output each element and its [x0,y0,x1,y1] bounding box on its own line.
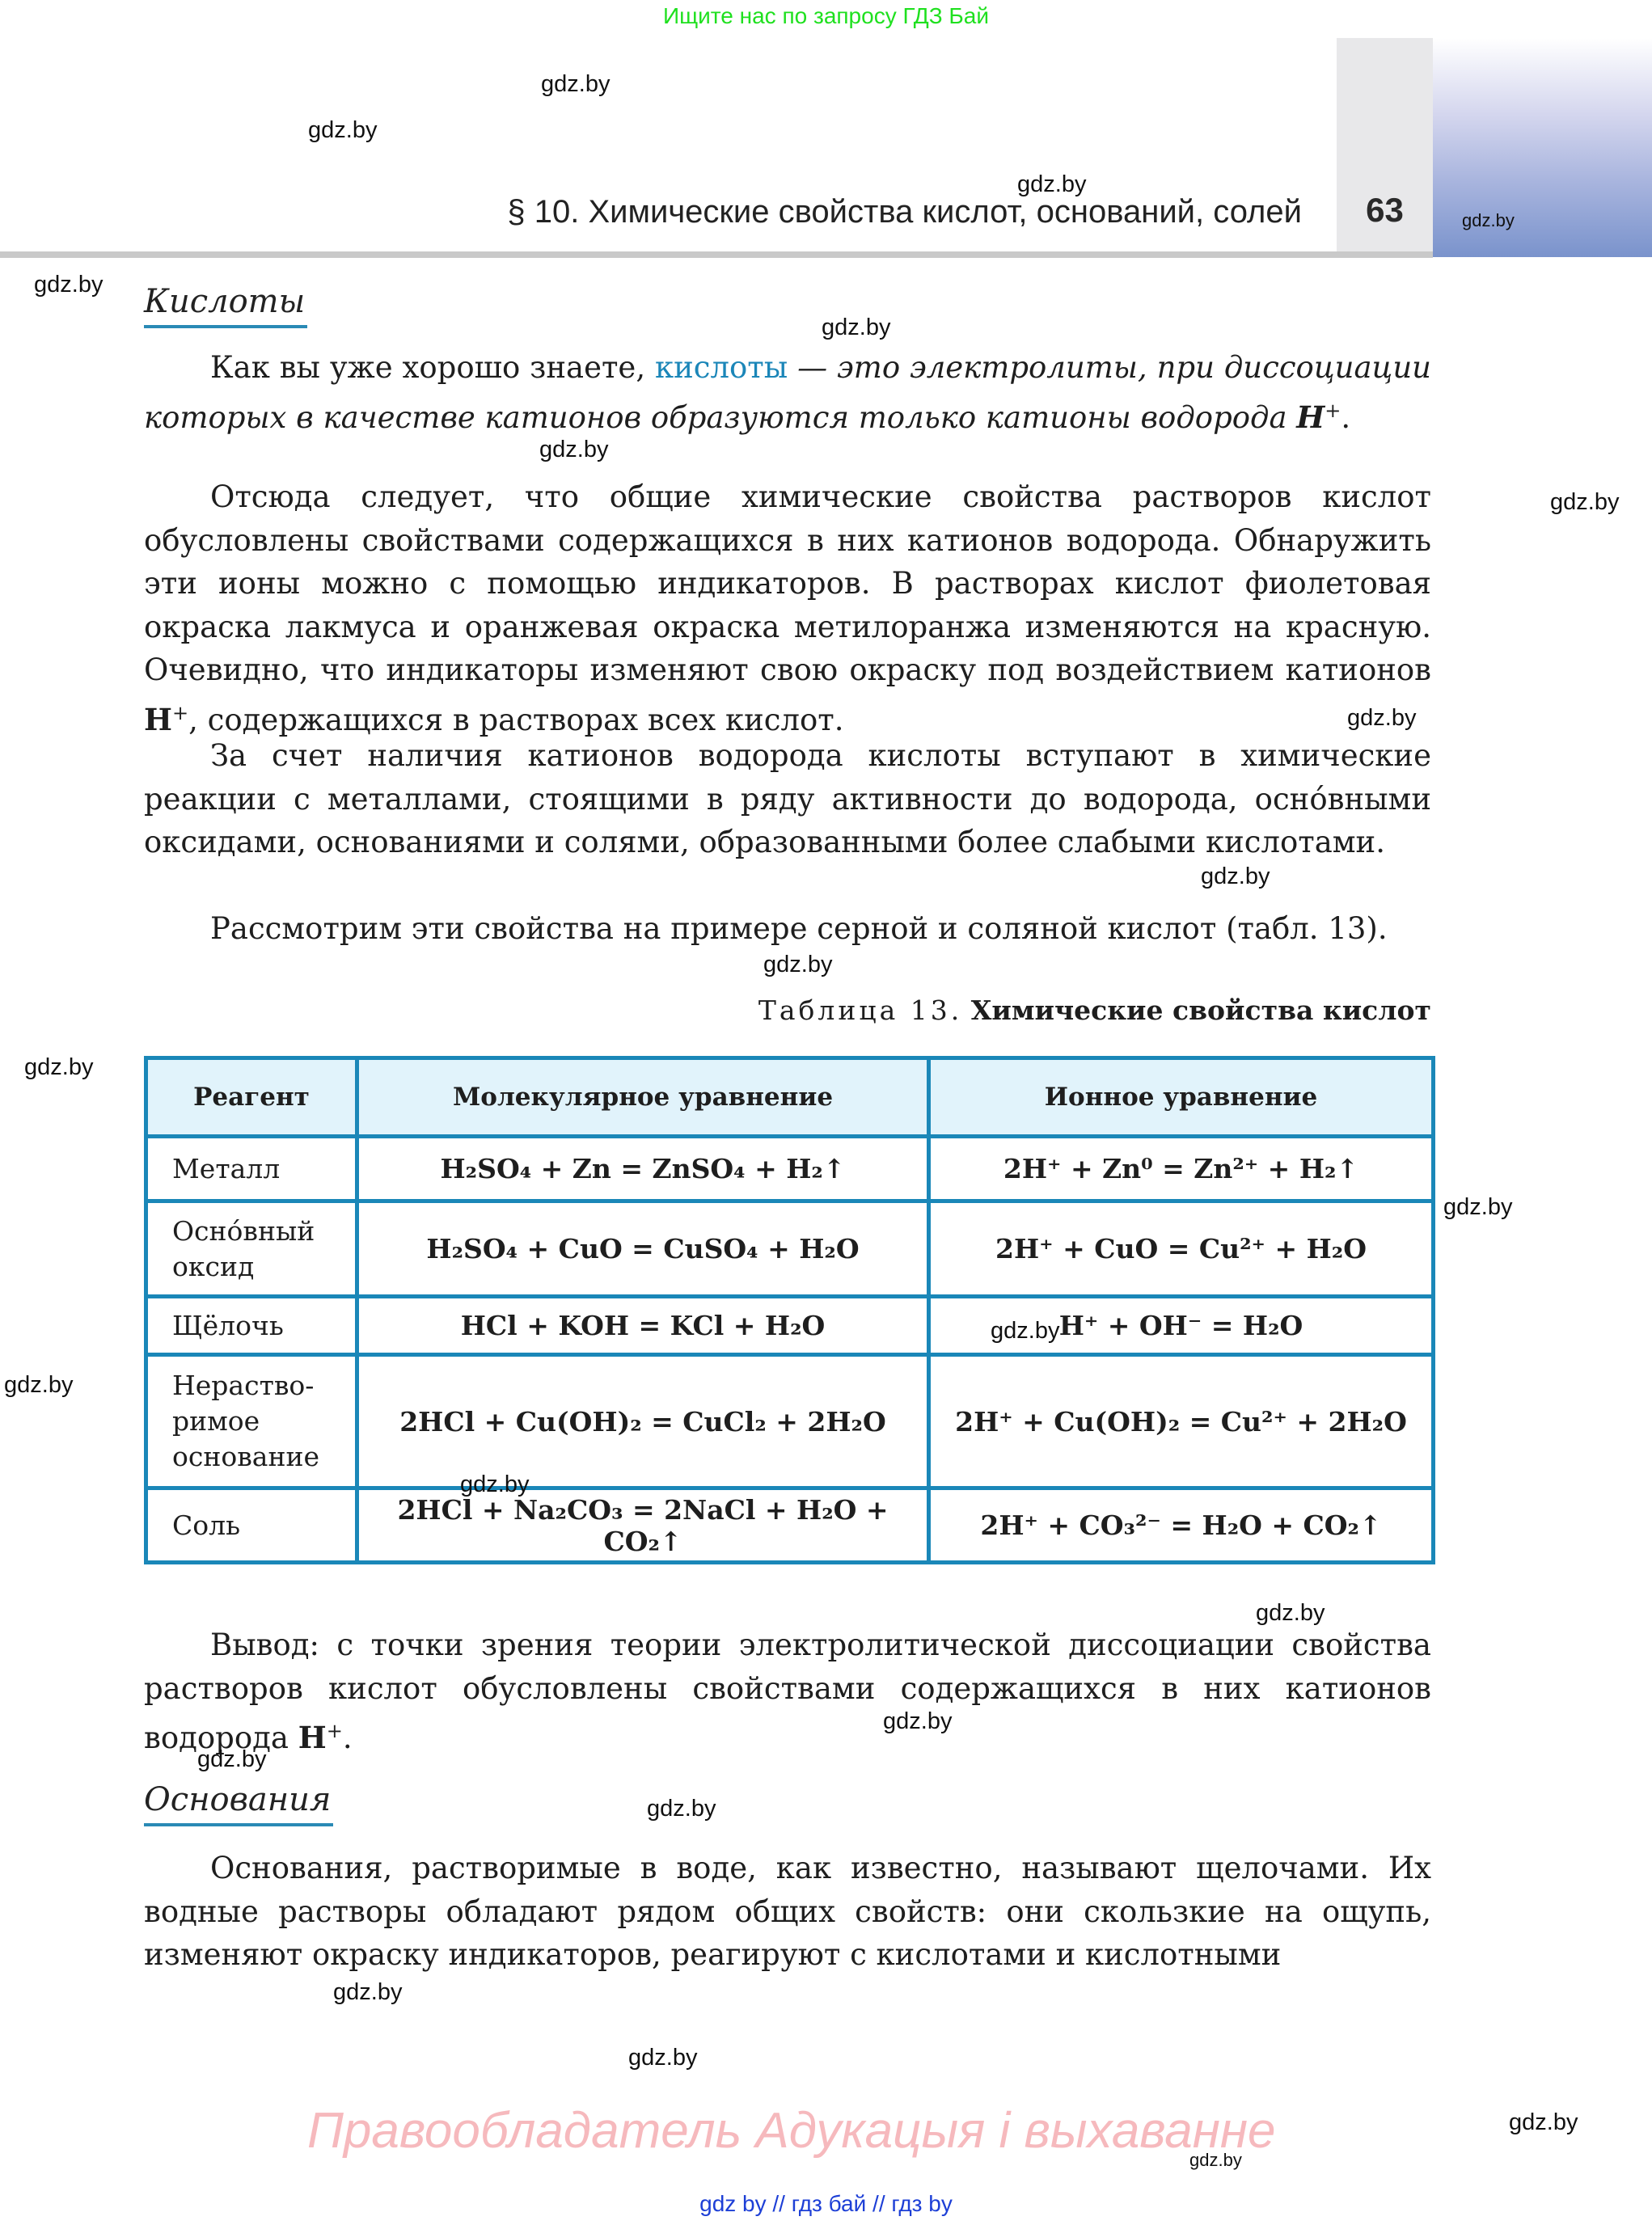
watermark: gdz.by [24,1054,93,1081]
watermark: gdz.by [1017,171,1086,198]
text: Отсюда следует, что общие химические сво… [144,479,1431,687]
ion-symbol: H [1296,399,1325,435]
copyright-notice: Правообладатель Адукацыя і выхаванне [307,2102,1276,2160]
table-row: Соль 2HCl + Na₂CO₃ = 2NaCl + H₂O + CO₂↑ … [146,1488,1434,1563]
ionic-equation: 2H⁺ + CO₃²⁻ = H₂O + CO₂↑ [929,1488,1434,1563]
watermark: gdz.by [34,272,103,298]
ion-charge: + [1325,399,1341,422]
watermark: gdz.by [460,1471,529,1498]
ion-charge: + [172,702,188,724]
ion-symbol: H [298,1720,327,1755]
text: Как вы уже хорошо знаете, [210,350,655,385]
watermark: gdz.by [539,437,608,463]
watermark: gdz.by [1201,863,1270,890]
reagent-cell: Соль [146,1488,357,1563]
ionic-equation: 2H⁺ + CuO = Cu²⁺ + H₂O [929,1201,1434,1297]
watermark: gdz.by [4,1372,73,1399]
text: . [343,1720,353,1755]
molecular-equation: H₂SO₄ + CuO = CuSO₄ + H₂O [357,1201,929,1297]
reagent-cell: Осно́вный оксид [146,1201,357,1297]
page-number: 63 [1337,191,1433,230]
watermark: gdz.by [308,117,377,144]
watermark: gdz.by [647,1796,716,1822]
table-row: Металл H₂SO₄ + Zn = ZnSO₄ + H₂↑ 2H⁺ + Zn… [146,1137,1434,1201]
caption-title: Химические свойства кислот [971,994,1431,1026]
paragraph-bases: Основания, растворимые в воде, как извес… [144,1847,1431,1977]
watermark: gdz.by [1443,1194,1512,1221]
paragraph-acid-definition: Как вы уже хорошо знаете, кислоты — это … [144,346,1431,439]
footer-links[interactable]: gdz by // гдз бай // гдз by [0,2191,1652,2217]
column-header-reagent: Реагент [146,1058,357,1137]
paragraph-table-ref: Рассмотрим эти свойства на примере серно… [144,907,1431,951]
molecular-equation: H₂SO₄ + Zn = ZnSO₄ + H₂↑ [357,1137,929,1201]
reagent-cell: Металл [146,1137,357,1201]
ionic-equation: 2H⁺ + Zn⁰ = Zn²⁺ + H₂↑ [929,1137,1434,1201]
reagent-cell: Щёлочь [146,1297,357,1355]
header-rule [0,251,1433,258]
running-title: § 10. Химические свойства кислот, основа… [453,194,1302,230]
watermark: gdz.by [1462,210,1515,231]
watermark: gdz.by [991,1318,1059,1345]
watermark: gdz.by [628,2045,697,2071]
text: . [1341,400,1350,435]
table-row: Щёлочь HCl + KOH = KCl + H₂O H⁺ + OH⁻ = … [146,1297,1434,1355]
molecular-equation: 2HCl + Cu(OH)₂ = CuCl₂ + 2H₂O [357,1355,929,1488]
watermark: gdz.by [1509,2109,1578,2136]
section-underline [144,1823,333,1826]
watermark: gdz.by [883,1708,952,1735]
column-header-ionic: Ионное уравнение [929,1058,1434,1137]
section-underline [144,325,307,328]
column-header-molecular: Молекулярное уравнение [357,1058,929,1137]
paragraph-reactions: За счет наличия катионов водорода кислот… [144,734,1431,864]
text: , содержащихся в растворах всех кислот. [188,703,843,737]
section-heading-bases: Основания [144,1781,331,1818]
watermark: gdz.by [822,315,890,341]
watermark: gdz.by [1256,1600,1325,1627]
molecular-equation: 2HCl + Na₂CO₃ = 2NaCl + H₂O + CO₂↑ [357,1488,929,1563]
search-banner[interactable]: Ищите нас по запросу ГДЗ Бай [0,3,1652,29]
molecular-equation: HCl + KOH = KCl + H₂O [357,1297,929,1355]
reagent-cell: Нераство-римое основание [146,1355,357,1488]
table-caption: Таблица 13. Химические свойства кислот [144,994,1431,1026]
paragraph-indicators: Отсюда следует, что общие химические сво… [144,475,1431,741]
table-row: Осно́вный оксид H₂SO₄ + CuO = CuSO₄ + H₂… [146,1201,1434,1297]
watermark: gdz.by [197,1746,266,1773]
ionic-equation: 2H⁺ + Cu(OH)₂ = Cu²⁺ + 2H₂O [929,1355,1434,1488]
term-link-acids[interactable]: кислоты [655,350,788,385]
paragraph-conclusion: Вывод: с точки зрения теории электролити… [144,1623,1431,1760]
acids-properties-table: Реагент Молекулярное уравнение Ионное ур… [144,1056,1435,1564]
watermark: gdz.by [541,71,610,98]
watermark: gdz.by [1347,705,1416,732]
caption-label: Таблица 13. [758,994,962,1026]
table-row: Нераство-римое основание 2HCl + Cu(OH)₂ … [146,1355,1434,1488]
watermark: gdz.by [333,1979,402,2006]
watermark: gdz.by [1550,489,1619,516]
ion-symbol: H [144,702,172,737]
watermark: gdz.by [763,952,832,978]
ion-charge: + [327,1720,343,1742]
section-heading-acids: Кислоты [144,283,305,320]
